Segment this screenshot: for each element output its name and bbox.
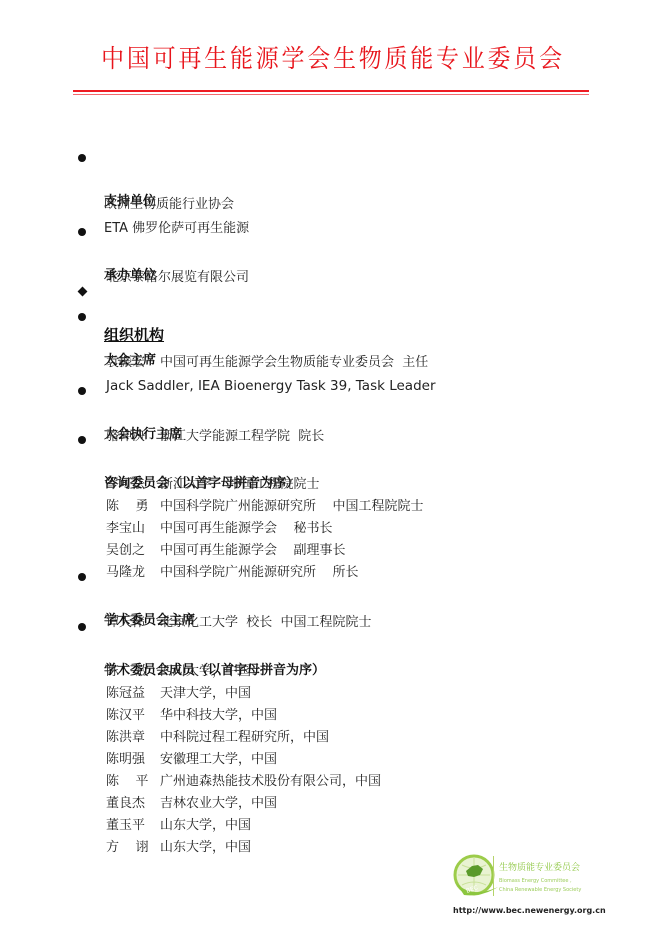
section-academic-members-header: 学术委员会成员（以首字母拼音为序） [0, 616, 666, 638]
list-item: 董玉平山东大学，中国 [0, 793, 666, 815]
logo-english-line2: China Renewable Energy Society [499, 887, 581, 893]
diamond-bullet-icon [78, 287, 88, 297]
title-rule-thin [73, 94, 589, 95]
bullet-icon [78, 573, 86, 581]
section-academic-chair-header: 学术委员会主席 [0, 566, 666, 588]
list-item: 岑可法浙江大学 中国工程院院士 [0, 452, 666, 474]
section-support-header: 支持单位 [0, 147, 666, 169]
logo-chinese-name: 生物质能专业委员会 [499, 860, 580, 873]
list-item: 陈洪章中科院过程工程研究所，中国 [0, 705, 666, 727]
section-chair-header: 大会主席 [0, 306, 666, 328]
list-item: 陈明强安徽理工大学，中国 [0, 727, 666, 749]
list-item: Jack Saddler, IEA Bioenergy Task 39, Tas… [0, 353, 666, 375]
list-item: 陈 勇中国科学院广州能源研究所 中国工程院院士 [0, 474, 666, 496]
list-item: 方 诩山东大学，中国 [0, 815, 666, 837]
list-item: 骆仲泱浙江大学能源工程学院 院长 [0, 404, 666, 426]
bullet-icon [78, 623, 86, 631]
bullet-icon [78, 387, 86, 395]
list-item: ETA 佛罗伦萨可再生能源 [0, 196, 666, 218]
bullet-icon [78, 436, 86, 444]
list-item: 北京泰格尔展览有限公司 [0, 245, 666, 267]
list-item: 欧洲生物质能行业协会 [0, 172, 666, 194]
bullet-icon [78, 154, 86, 162]
bullet-icon [78, 313, 86, 321]
footer-url-link[interactable]: http://www.bec.newenergy.org.cn [453, 906, 606, 915]
section-organizer-header: 承办单位 [0, 221, 666, 243]
list-item: 谭天伟北京化工大学 校长 中国工程院院士 [0, 590, 666, 612]
list-item: 陈 放四川大学，中国 [0, 639, 666, 661]
list-item: 陈冠益天津大学，中国 [0, 661, 666, 683]
list-item: 马隆龙中国科学院广州能源研究所 所长 [0, 540, 666, 562]
page-title: 中国可再生能源学会生物质能专业委员会 [27, 44, 640, 74]
list-item: 袁振宏中国可再生能源学会生物质能专业委员会 主任 [0, 330, 666, 352]
title-rule-thick [73, 90, 589, 92]
list-item: 陈汉平华中科技大学，中国 [0, 683, 666, 705]
logo-english-line1: Biomass Energy Committee , [499, 878, 572, 884]
section-advisory-header: 咨询委员会（以首字母拼音为序） [0, 429, 666, 451]
list-item: 董良杰吉林农业大学，中国 [0, 771, 666, 793]
logo-divider [493, 856, 494, 896]
list-item: 吴创之中国可再生能源学会 副理事长 [0, 518, 666, 540]
section-executive-chair-header: 大会执行主席 [0, 380, 666, 402]
section-organization-header: 组织机构 [0, 280, 666, 302]
list-item: 陈 平广州迪森热能技术股份有限公司，中国 [0, 749, 666, 771]
bullet-icon [78, 228, 86, 236]
list-item: 李宝山中国可再生能源学会 秘书长 [0, 496, 666, 518]
